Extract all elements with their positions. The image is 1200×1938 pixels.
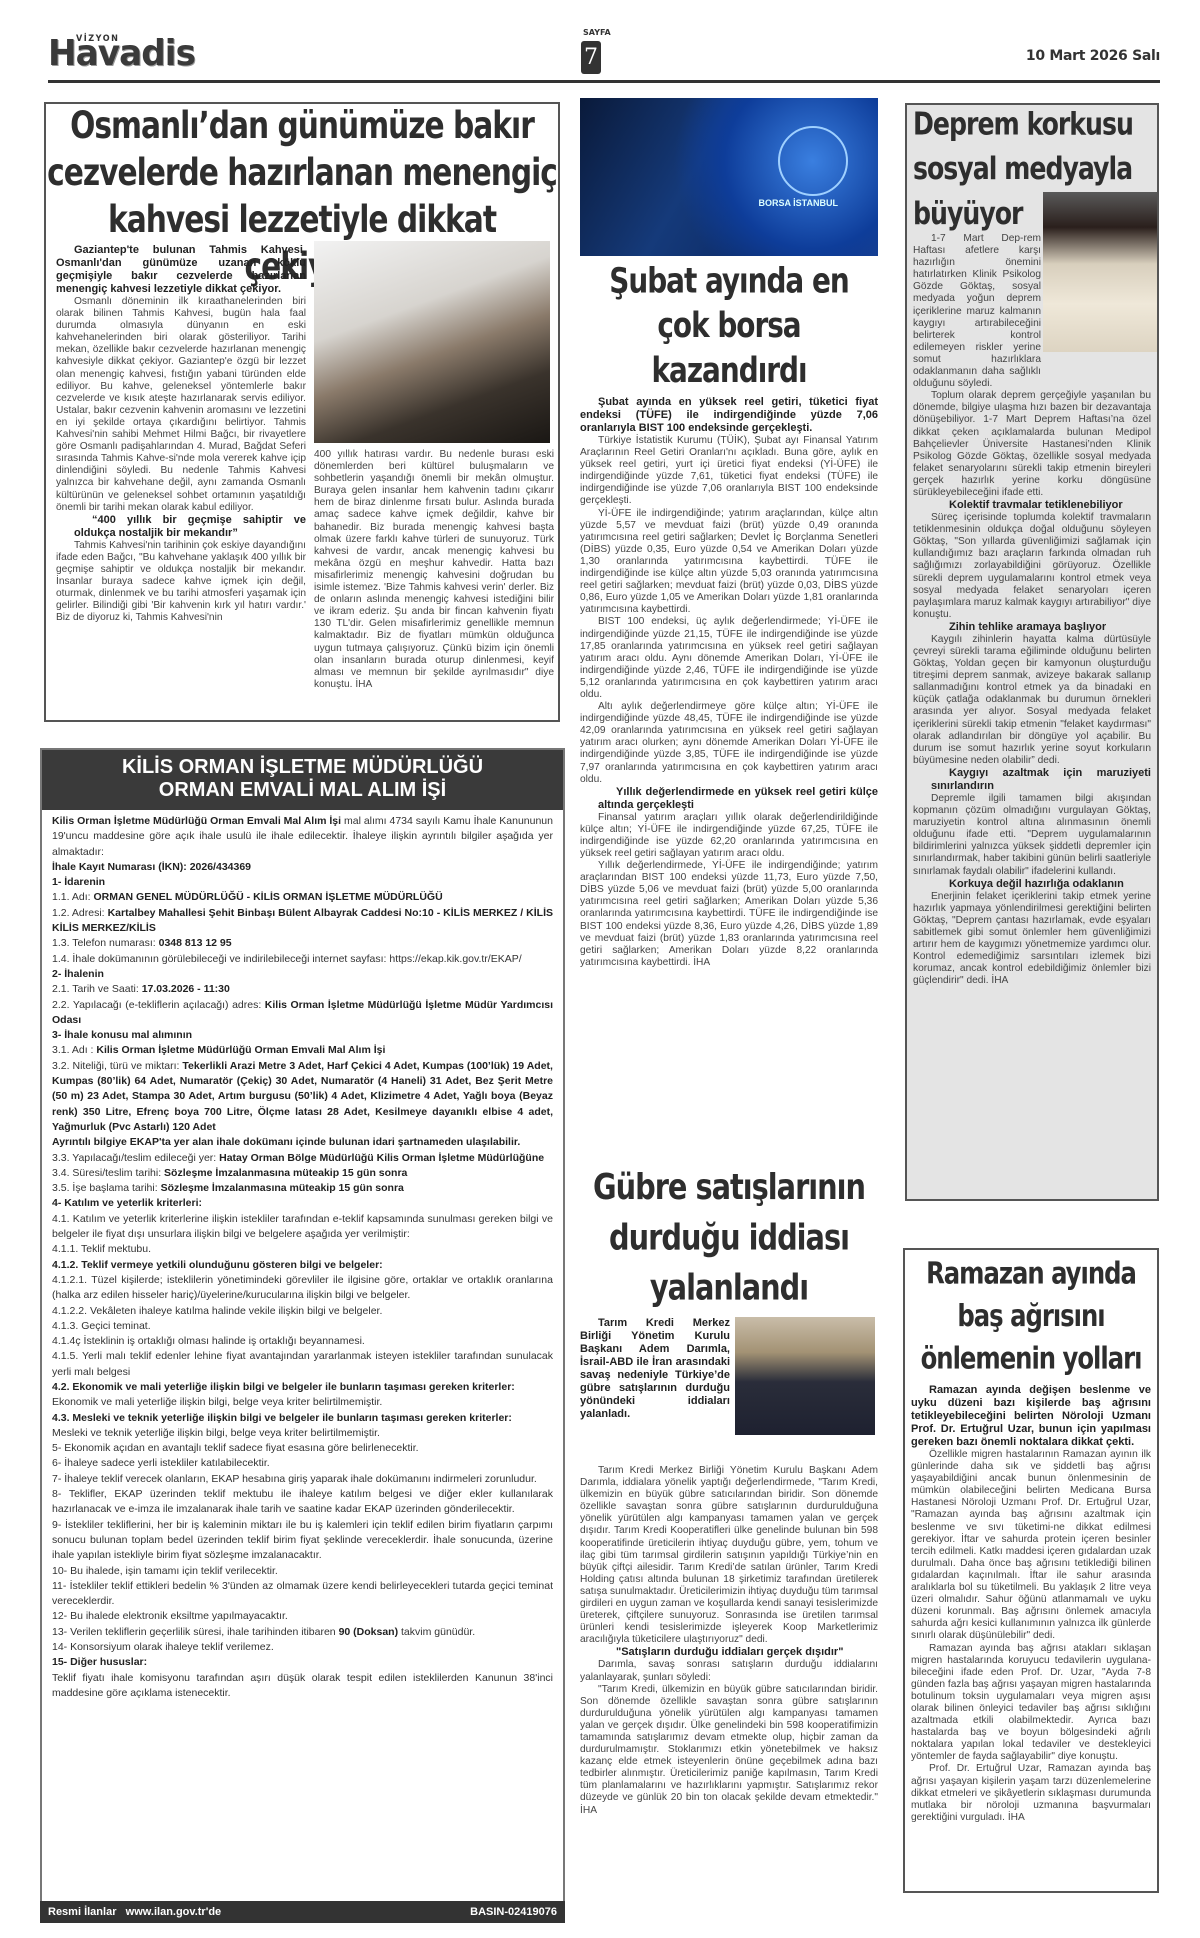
ad-section: 4.1.2. Teklif vermeye yetkili olunduğunu… — [52, 1258, 553, 1273]
ad-text: Mesleki ve teknik yeterliğe ilişkin bilg… — [52, 1426, 553, 1441]
article-deprem: Deprem korkusu sosyal medyayla büyüyor 1… — [905, 103, 1159, 1201]
article-borsa-paragraph: Yİ-ÜFE ile indirgendiğinde; yatırım araç… — [580, 508, 878, 617]
borsa-istanbul-logo-icon — [778, 126, 848, 196]
issue-date: 10 Mart 2026 Salı — [1026, 48, 1160, 64]
ad-body: Kilis Orman İşletme Müdürlüğü Orman Emva… — [42, 810, 563, 1705]
ad-phone: 0348 813 12 95 — [159, 937, 232, 949]
ad-title-line1: KİLİS ORMAN İŞLETME MÜDÜRLÜĞÜ — [42, 756, 563, 779]
article-borsa-subhead: Yıllık değerlendirmede en yüksek reel ge… — [580, 786, 878, 812]
article-gubre-subhead: "Satışların durduğu iddiaları gerçek dış… — [580, 1646, 878, 1659]
article-deprem-subhead: Zihin tehlike aramaya başlıyor — [913, 621, 1151, 634]
ad-value: Sözleşme İmzalanmasına müteakip 15 gün s… — [164, 1167, 407, 1179]
ad-ikn: İhale Kayıt Numarası (İKN): 2026/434369 — [52, 860, 553, 875]
ad-title-line2: ORMAN EMVALİ MAL ALIM İŞİ — [42, 779, 563, 802]
article-deprem-paragraph: Depremle ilgili tamamen bilgi akışından … — [913, 793, 1151, 878]
article-deprem-paragraph: Süreç içerisinde toplumda kolektif travm… — [913, 512, 1151, 621]
ad-label: 1.3. Telefon numarası: — [52, 937, 159, 949]
ad-label: 1.2. Adresi: — [52, 907, 108, 919]
article-coffee-paragraph: Osmanlı döneminin ilk kıraathanelerinden… — [56, 296, 306, 514]
ad-value: Hatay Orman Bölge Müdürlüğü Kilis Orman … — [219, 1152, 544, 1164]
ad-value: ORMAN GENEL MÜDÜRLÜĞÜ - KİLİS ORMAN İŞLE… — [93, 891, 442, 903]
article-coffee-paragraph: Tahmis Kahvesi'nin tarihinin çok eskiye … — [56, 540, 306, 625]
article-gubre-paragraph: Tarım Kredi Merkez Birliği Yönetim Kurul… — [580, 1465, 878, 1646]
ad-ekap-link[interactable]: 1.4. İhale dokümanının görülebileceği ve… — [52, 952, 553, 967]
article-deprem-subhead: Kaygıyı azaltmak için maruziyeti sınırla… — [913, 767, 1151, 793]
ad-label: 3.1. Adı : — [52, 1044, 96, 1056]
article-coffee-col1: Gaziantep'te bulunan Tahmis Kahvesi, Osm… — [56, 244, 306, 624]
ad-section: 15- Diğer hususlar: — [52, 1655, 553, 1670]
ad-text: Ayrıntılı bilgiye EKAP'ta yer alan ihale… — [52, 1135, 553, 1150]
ad-text: 4.1.3. Geçici teminat. — [52, 1319, 553, 1334]
ad-value: 90 (Doksan) — [339, 1626, 399, 1638]
page-label: SAYFA — [583, 28, 611, 37]
article-deprem-subhead: Kolektif travmalar tetiklenebiliyor — [913, 499, 1151, 512]
masthead: VİZYON Havadis SAYFA 7 10 Mart 2026 Salı — [48, 28, 1160, 78]
article-coffee: Osmanlı’dan günümüze bakır cezvelerde ha… — [44, 102, 560, 722]
article-coffee-lead: Gaziantep'te bulunan Tahmis Kahvesi, Osm… — [56, 244, 306, 296]
article-deprem-paragraph: 1-7 Mart Dep-rem Haftası afetlere karşı … — [913, 233, 1041, 390]
article-coffee-paragraph: 400 yıllık hatırası vardır. Bu nedenle b… — [314, 449, 554, 691]
ad-value: Sözleşme İmzalanmasına müteakip 15 gün s… — [161, 1182, 404, 1194]
ad-reference-code: BASIN-02419076 — [470, 1901, 557, 1923]
article-borsa-paragraph: BIST 100 endeksi, üç aylık değerlendirme… — [580, 616, 878, 701]
coffee-photo — [314, 241, 550, 443]
article-borsa-paragraph: Finansal yatırım araçları yıllık olarak … — [580, 812, 878, 860]
ad-text: 13- Verilen tekliflerin geçerlilik süres… — [52, 1626, 339, 1638]
ad-text: 4.1. Katılım ve yeterlik kriterlerine il… — [52, 1212, 553, 1243]
ad-section: 4.3. Mesleki ve teknik yeterliğe ilişkin… — [52, 1411, 553, 1426]
article-borsa-body: Şubat ayında en yüksek reel getiri, tüke… — [580, 396, 878, 969]
ad-date: 17.03.2026 - 11:30 — [142, 983, 230, 995]
masthead-divider — [48, 80, 1160, 83]
article-gubre-body: Tarım Kredi Merkez Birliği Yönetim Kurul… — [580, 1465, 878, 1817]
ad-label: 3.4. Süresi/teslim tarihi: — [52, 1167, 164, 1179]
article-borsa-headline: Şubat ayında en çok borsa kazandırdı — [580, 259, 878, 393]
article-ramazan-paragraph: Ramazan ayında baş ağrısı atakları sıkla… — [911, 1643, 1151, 1764]
article-ramazan-paragraph: Özellikle migren hastalarının Ramazan ay… — [911, 1449, 1151, 1643]
ad-text: 10- Bu ihalede, işin tamamı için teklif … — [52, 1564, 553, 1579]
ad-text: 14- Konsorsiyum olarak ihaleye teklif ve… — [52, 1640, 553, 1655]
ad-text: Teklif fiyatı ihale komisyonu tarafından… — [52, 1671, 553, 1702]
ad-text: 4.1.4ç İsteklinin iş ortaklığı olması ha… — [52, 1334, 553, 1349]
article-ramazan-lead: Ramazan ayında değişen beslenme ve uyku … — [911, 1384, 1151, 1449]
ad-text: 9- İstekliler tekliflerini, her bir iş k… — [52, 1518, 553, 1564]
ad-value: Kilis Orman İşletme Müdürlüğü Orman Emva… — [96, 1044, 385, 1056]
ad-label: 3.3. Yapılacağı/teslim edileceği yer: — [52, 1152, 219, 1164]
official-tender-ad: KİLİS ORMAN İŞLETME MÜDÜRLÜĞÜ ORMAN EMVA… — [40, 748, 565, 1923]
ad-text: 11- İstekliler teklif ettikleri bedelin … — [52, 1579, 553, 1610]
ad-section: 2- İhalenin — [52, 967, 553, 982]
article-gubre-lead-wrap: Tarım Kredi Merkez Birliği Yönetim Kurul… — [580, 1317, 878, 1465]
ad-label: 1.1. Adı: — [52, 891, 93, 903]
article-gubre-paragraph: Darımla, savaş sonrası satışların durduğ… — [580, 1659, 878, 1683]
ad-section: 1- İdarenin — [52, 875, 553, 890]
ad-label: 3.5. İşe başlama tarihi: — [52, 1182, 161, 1194]
article-borsa-paragraph: Türkiye İstatistik Kurumu (TÜİK), Şubat … — [580, 435, 878, 508]
ad-text: 6- İhaleye sadece yerli istekliler katıl… — [52, 1456, 553, 1471]
ad-footer: Resmi İlanlar www.ilan.gov.tr'de BASIN-0… — [40, 1901, 565, 1923]
article-gubre-paragraph: "Tarım Kredi, ülkemizin en büyük gübre s… — [580, 1684, 878, 1817]
ad-label: 2.2. Yapılacağı (e-tekliflerin açılacağı… — [52, 999, 265, 1011]
darimla-portrait-photo — [735, 1317, 875, 1435]
article-ramazan-paragraph: Prof. Dr. Ertuğrul Uzar, Ramazan ayında … — [911, 1763, 1151, 1823]
article-deprem-paragraph: Kaygılı zihinlerin hayatta kalma dürtüsü… — [913, 634, 1151, 767]
ad-section: 3- İhale konusu mal alımının — [52, 1028, 553, 1043]
photo-logo-text: BORSA İSTANBUL — [759, 198, 839, 208]
ad-text: 4.1.5. Yerli malı teklif edenler lehine … — [52, 1349, 553, 1380]
article-gubre-lead: Tarım Kredi Merkez Birliği Yönetim Kurul… — [580, 1317, 730, 1421]
ad-section: 4.2. Ekonomik ve mali yeterliğe ilişkin … — [52, 1380, 553, 1395]
ad-text: 4.1.2.1. Tüzel kişilerde; isteklilerin y… — [52, 1273, 553, 1304]
ad-text: 12- Bu ihalede elektronik eksiltme yapıl… — [52, 1609, 553, 1624]
article-gubre: Gübre satışlarının durduğu iddiası yalan… — [580, 1170, 878, 1817]
article-ramazan: Ramazan ayında baş ağrısını önlemenin yo… — [903, 1248, 1159, 1893]
ad-section: 4- Katılım ve yeterlik kriterleri: — [52, 1196, 553, 1211]
article-ramazan-headline: Ramazan ayında baş ağrısını önlemenin yo… — [905, 1253, 1157, 1381]
borsa-istanbul-photo: BORSA İSTANBUL — [580, 98, 878, 256]
ad-text: 5- Ekonomik açıdan en avantajlı teklif s… — [52, 1441, 553, 1456]
article-deprem-paragraph: Enerjinin felaket içeriklerini takip etm… — [913, 891, 1151, 988]
ad-text: takvim günüdür. — [398, 1626, 475, 1638]
ad-label: 2.1. Tarih ve Saati: — [52, 983, 142, 995]
logo[interactable]: VİZYON Havadis — [48, 30, 203, 78]
article-coffee-subhead: “400 yıllık bir geçmişe sahiptir ve oldu… — [56, 514, 306, 540]
ad-text: 4.1.1. Teklif mektubu. — [52, 1242, 553, 1257]
article-borsa-paragraph: Altı aylık değerlendirmeye göre külçe al… — [580, 701, 878, 786]
ad-text: Ekonomik ve mali yeterliğe ilişkin bilgi… — [52, 1395, 553, 1410]
ad-text: 7- İhaleye teklif verecek olanların, EKA… — [52, 1472, 553, 1487]
ad-value: Kartalbey Mahallesi Şehit Binbaşı Bülent… — [52, 907, 553, 934]
article-coffee-col2: 400 yıllık hatırası vardır. Bu nedenle b… — [314, 449, 554, 691]
goktas-portrait-photo — [1043, 192, 1157, 352]
article-borsa-paragraph: Yıllık değerlendirmede, Yİ-ÜFE ile indir… — [580, 860, 878, 969]
ad-text: 8- Teklifler, EKAP üzerinden teklif mekt… — [52, 1487, 553, 1518]
ad-title: KİLİS ORMAN İŞLETME MÜDÜRLÜĞÜ ORMAN EMVA… — [42, 750, 563, 810]
page-number: 7 — [581, 41, 601, 74]
article-borsa: BORSA İSTANBUL Şubat ayında en çok borsa… — [580, 98, 878, 969]
logo-text: Havadis — [48, 30, 195, 78]
article-deprem-paragraph: Toplum olarak deprem gerçeğiyle yaşanıla… — [913, 390, 1151, 499]
article-gubre-headline: Gübre satışlarının durduğu iddiası yalan… — [580, 1162, 878, 1313]
ad-intro-bold: Kilis Orman İşletme Müdürlüğü Orman Emva… — [52, 815, 341, 827]
ad-label: 3.2. Niteliği, türü ve miktarı: — [52, 1060, 182, 1072]
ad-text: 4.1.2.2. Vekâleten ihaleye katılma halin… — [52, 1304, 553, 1319]
article-borsa-lead: Şubat ayında en yüksek reel getiri, tüke… — [580, 396, 878, 435]
ad-footer-link[interactable]: Resmi İlanlar www.ilan.gov.tr'de — [48, 1901, 221, 1923]
article-deprem-subhead: Korkuya değil hazırlığa odaklanın — [913, 878, 1151, 891]
article-ramazan-body: Ramazan ayında değişen beslenme ve uyku … — [905, 1384, 1157, 1824]
